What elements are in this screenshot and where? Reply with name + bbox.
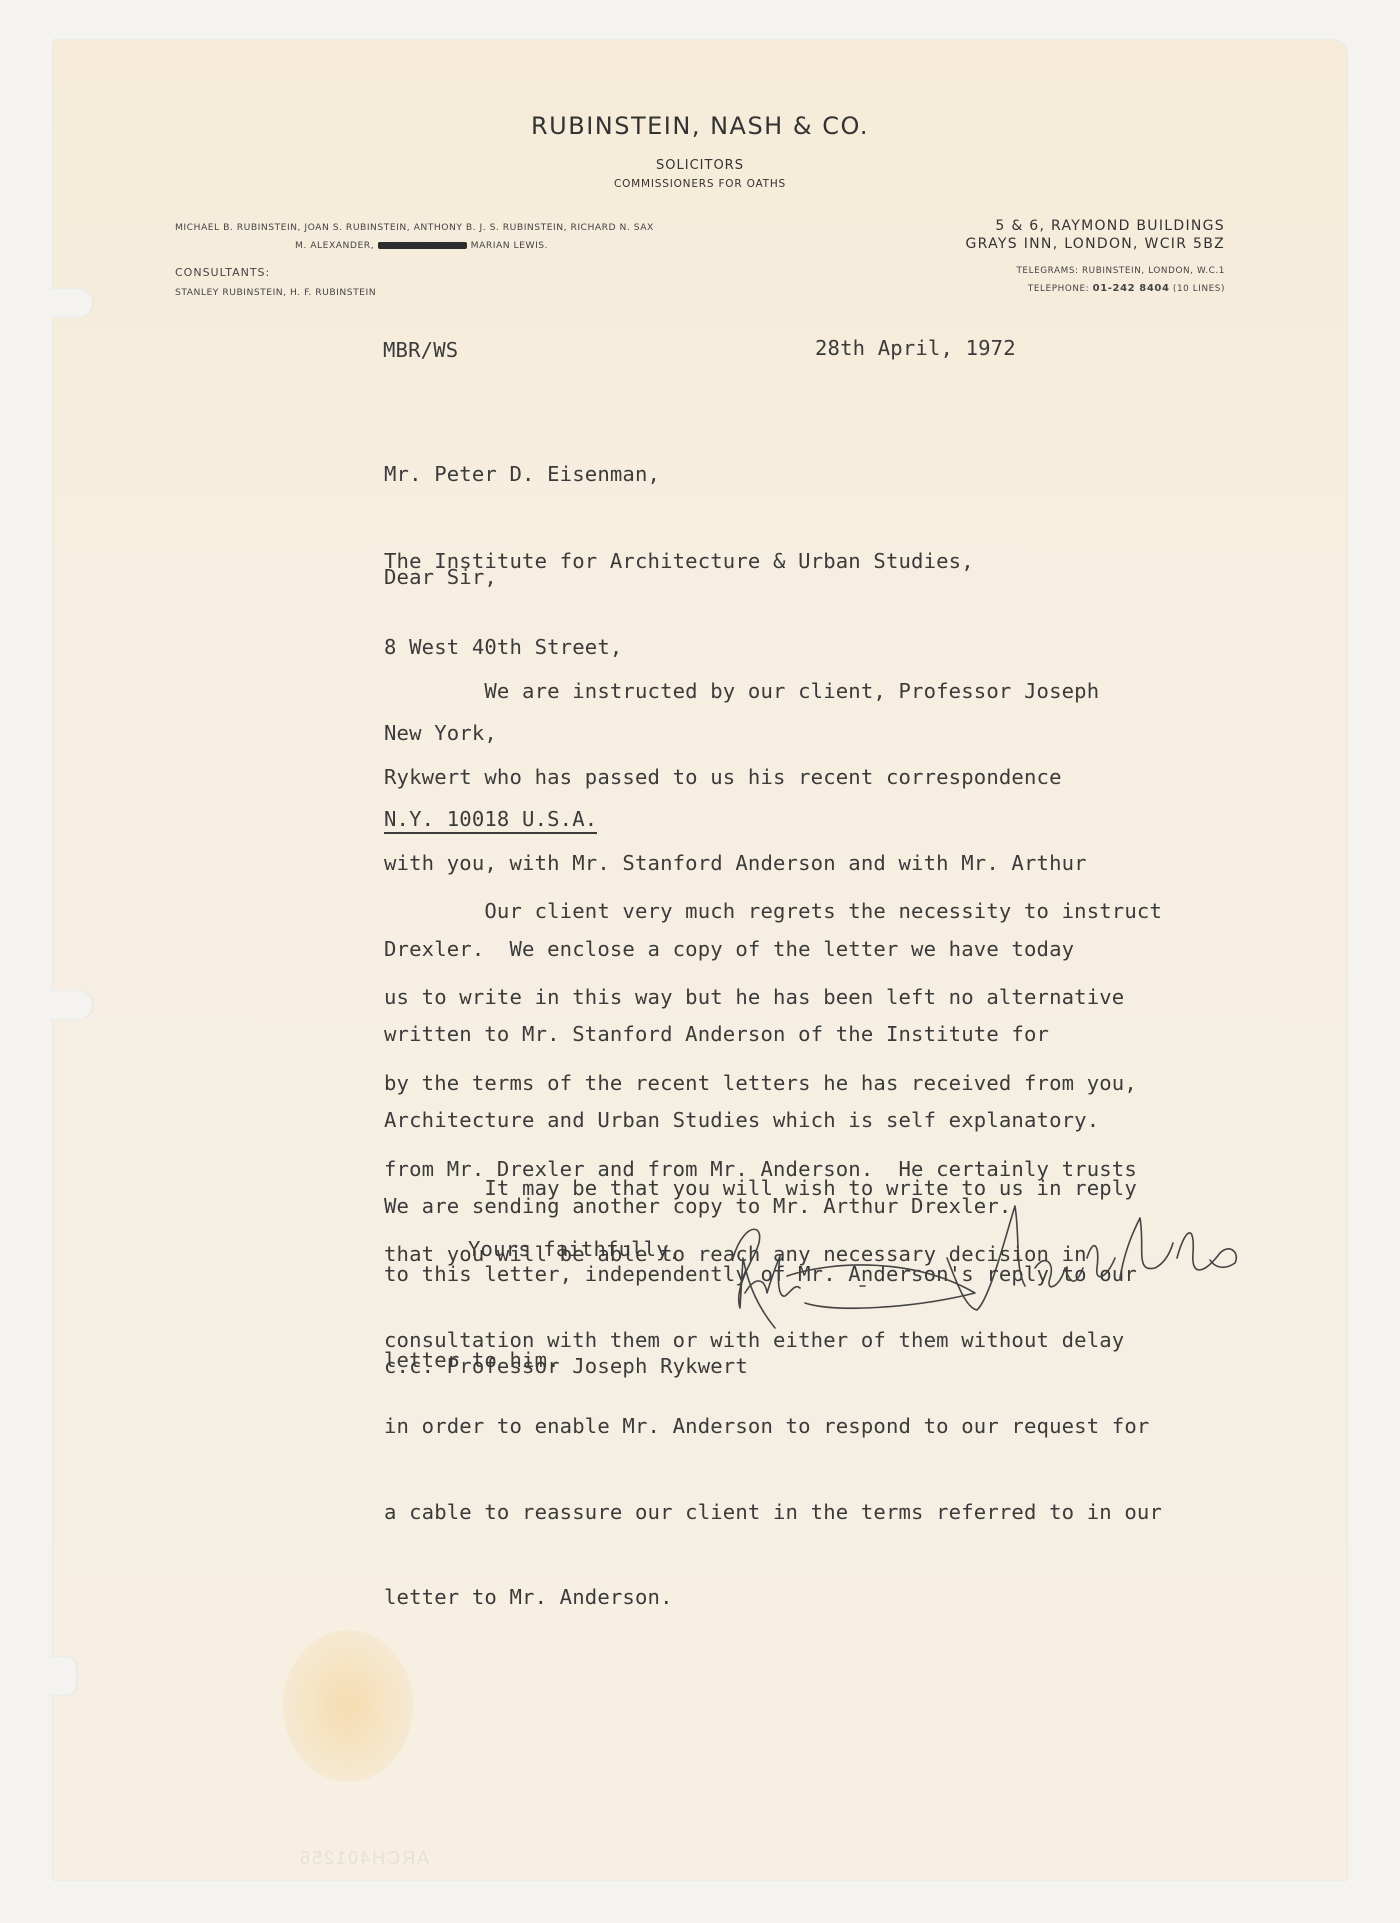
firm-name: RUBINSTEIN, NASH & CO. [0,112,1400,140]
consultants-names: STANLEY RUBINSTEIN, H. F. RUBINSTEIN [175,287,376,298]
letter-date: 28th April, 1972 [815,336,1016,360]
firm-subtitle-solicitors: SOLICITORS [0,158,1400,173]
punch-hole-middle [50,990,94,1020]
archive-stamp-bleedthrough: ARCH401256 [298,1848,429,1869]
punch-hole-top [50,288,94,318]
partner-lewis: MARIAN LEWIS. [471,240,548,251]
punch-hole-bottom [50,1656,78,1696]
salutation: Dear Sir, [384,565,497,589]
telephone-label: TELEPHONE: [1028,284,1089,294]
reference-code: MBR/WS [383,338,458,362]
text-line: us to write in this way but he has been … [384,983,1162,1012]
paper-stain [283,1630,413,1782]
carbon-copy: c.c. Professor Joseph Rykwert [384,1354,748,1378]
partners-line-1: MICHAEL B. RUBINSTEIN, JOAN S. RUBINSTEI… [175,222,654,233]
closing: Yours faithfully, [468,1237,681,1261]
telephone-number: 01-242 8404 [1093,283,1170,294]
text-line: We are instructed by our client, Profess… [384,677,1099,706]
text-line: in order to enable Mr. Anderson to respo… [384,1412,1162,1441]
struck-out-partner: RICHARD B. BAGEHOT, [378,242,468,249]
firm-address-line-2: GRAYS INN, LONDON, WCIR 5BZ [966,236,1225,252]
text-line: Our client very much regrets the necessi… [384,897,1162,926]
text-line: by the terms of the recent letters he ha… [384,1069,1162,1098]
partner-alexander: M. ALEXANDER, [295,240,374,251]
telegrams-address: TELEGRAMS: RUBINSTEIN, LONDON, W.C.1 [1016,266,1225,276]
text-line: a cable to reassure our client in the te… [384,1498,1162,1527]
text-line: Rykwert who has passed to us his recent … [384,763,1099,792]
telephone: TELEPHONE: 01-242 8404 (10 LINES) [1028,283,1225,294]
signature-icon [715,1198,1305,1348]
consultants-label: CONSULTANTS: [175,266,270,279]
text-line: letter to Mr. Anderson. [384,1583,1162,1612]
firm-address-line-1: 5 & 6, RAYMOND BUILDINGS [995,218,1225,234]
telephone-lines: (10 LINES) [1173,284,1225,294]
partners-line-2: M. ALEXANDER, RICHARD B. BAGEHOT, MARIAN… [295,240,548,251]
firm-subtitle-commissioners: COMMISSIONERS FOR OATHS [0,178,1400,190]
recipient-line: Mr. Peter D. Eisenman, [384,460,974,489]
